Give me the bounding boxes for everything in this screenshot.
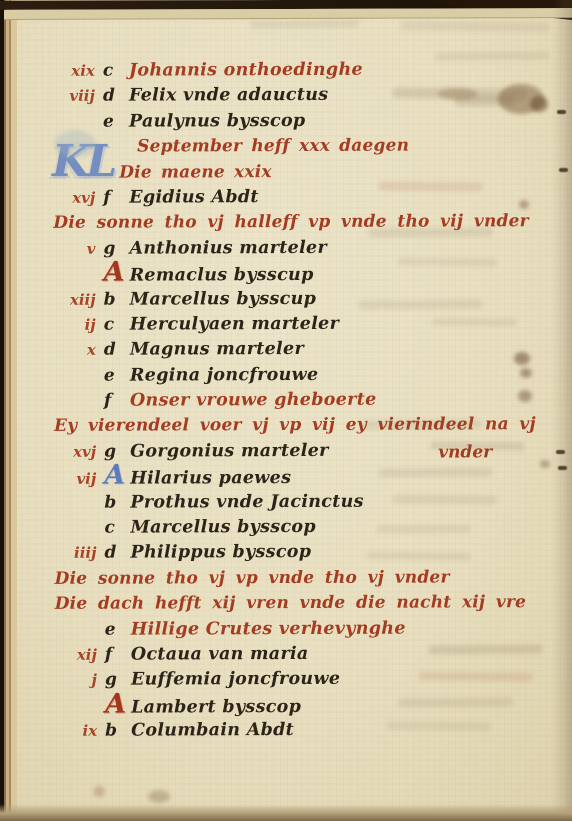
ink-stain bbox=[518, 390, 532, 402]
bleedthrough-text-ghost bbox=[400, 21, 550, 32]
dominical-letter: e bbox=[105, 619, 131, 639]
golden-number: xij bbox=[51, 646, 105, 664]
dominical-letter: e bbox=[103, 111, 129, 131]
ink-stain bbox=[54, 130, 96, 158]
golden-number: v bbox=[49, 239, 103, 257]
calendar-row: fOnser vrouwe gheboerte bbox=[50, 389, 542, 416]
bleedthrough-text-ghost bbox=[376, 525, 471, 534]
feast-name: Johannis onthoedinghe bbox=[129, 60, 363, 81]
rubric-text: Die sonne tho vj vp vnde tho vj vnder bbox=[55, 567, 450, 588]
ink-stain bbox=[148, 790, 170, 803]
dominical-letter: g bbox=[105, 670, 131, 690]
ink-stain bbox=[540, 460, 550, 468]
feast-name: Octaua van maria bbox=[131, 644, 309, 665]
golden-number: xvj bbox=[49, 189, 103, 207]
feast-name: Herculyaen marteler bbox=[130, 314, 339, 335]
sewing-thread-mark bbox=[558, 466, 567, 470]
golden-number: iiij bbox=[50, 544, 104, 562]
page-bottom-shadow bbox=[0, 804, 572, 821]
rubric-row: Die sonne tho vj vp vnde tho vj vnder bbox=[51, 567, 543, 594]
golden-number: ij bbox=[50, 316, 104, 334]
bleedthrough-text-ghost bbox=[398, 697, 513, 707]
dominical-letter: d bbox=[103, 86, 129, 106]
bleedthrough-text-ghost bbox=[368, 227, 493, 237]
feast-name: Anthonius marteler bbox=[129, 238, 327, 259]
feast-name: Euffemia joncfrouwe bbox=[131, 669, 340, 690]
dominical-letter: c bbox=[104, 518, 130, 538]
bleedthrough-text-ghost bbox=[430, 442, 525, 451]
bleedthrough-text-ghost bbox=[398, 257, 498, 266]
rubric-row: Die dach hefft xij vren vnde die nacht x… bbox=[51, 592, 543, 619]
rubric-row: September heff xxx daegen bbox=[49, 135, 541, 162]
bleedthrough-text-ghost bbox=[435, 51, 550, 60]
calendar-row: ARemaclus bysscup bbox=[50, 262, 542, 289]
feast-name: Marcellus bysscop bbox=[130, 517, 316, 538]
dominical-letter: e bbox=[104, 365, 130, 385]
rubric-text: Die dach hefft xij vren vnde die nacht x… bbox=[55, 592, 527, 614]
bleedthrough-text-ghost bbox=[378, 467, 493, 477]
bleedthrough-text-ghost bbox=[392, 494, 497, 504]
ink-stain bbox=[519, 200, 529, 209]
calendar-row: eRegina joncfrouwe bbox=[50, 364, 542, 391]
feast-name: Magnus marteler bbox=[130, 339, 304, 360]
golden-number: x bbox=[50, 341, 104, 359]
calendar-row: xdMagnus marteler bbox=[50, 338, 542, 365]
golden-number: viij bbox=[49, 87, 103, 105]
dominical-letter: A bbox=[105, 695, 131, 713]
bleedthrough-text-ghost bbox=[358, 299, 483, 309]
sewing-thread-mark bbox=[556, 450, 565, 454]
feast-name: Paulynus bysscop bbox=[129, 111, 306, 132]
golden-number: xiij bbox=[50, 290, 104, 308]
dominical-letter: g bbox=[104, 441, 130, 461]
feast-name: Remaclus bysscup bbox=[130, 265, 314, 286]
rubric-text: Die maene xxix bbox=[119, 162, 272, 183]
dominical-letter: g bbox=[103, 238, 129, 258]
feast-name: Hillige Crutes verhevynghe bbox=[131, 618, 406, 639]
leaf-edge-top bbox=[4, 8, 572, 20]
dominical-letter: b bbox=[104, 492, 130, 512]
dominical-letter: f bbox=[104, 391, 130, 411]
ink-stain bbox=[514, 352, 530, 365]
dominical-letter: d bbox=[104, 543, 130, 563]
bleedthrough-text-ghost bbox=[386, 721, 491, 730]
calendar-text-block: xixcJohannis onthoedingheviijdFelix vnde… bbox=[49, 59, 543, 746]
dominical-letter: c bbox=[104, 314, 130, 334]
feast-name: Hilarius paewes bbox=[130, 468, 291, 489]
feast-name: Prothus vnde Jacinctus bbox=[130, 491, 364, 512]
bleedthrough-text-ghost bbox=[428, 644, 543, 654]
feast-name: Philippus bysscop bbox=[130, 542, 311, 563]
bleedthrough-text-ghost bbox=[432, 318, 517, 327]
dominical-letter: c bbox=[103, 61, 129, 81]
feast-name: Onser vrouwe gheboerte bbox=[130, 390, 377, 411]
feast-name: Felix vnde adauctus bbox=[129, 85, 329, 106]
dominical-letter: A bbox=[104, 467, 130, 485]
bleedthrough-text-ghost bbox=[418, 671, 533, 681]
sewing-thread-mark bbox=[559, 168, 568, 172]
golden-number: j bbox=[51, 671, 105, 689]
golden-number: vij bbox=[50, 470, 104, 488]
calendar-row: xixcJohannis onthoedinghe bbox=[49, 59, 541, 86]
leaf-edges-left bbox=[4, 0, 17, 821]
bleedthrough-text-ghost bbox=[366, 551, 471, 560]
rubric-text: September heff xxx daegen bbox=[137, 136, 409, 157]
bleedthrough-text-ghost bbox=[362, 419, 482, 429]
bleedthrough-text-ghost bbox=[378, 181, 483, 191]
calendar-row: ePaulynus bysscop bbox=[49, 110, 541, 137]
feast-name: Gorgonius marteler bbox=[130, 441, 329, 462]
manuscript-page-photo: KL xixcJohannis onthoedingheviijdFelix v… bbox=[0, 0, 572, 821]
ink-stain bbox=[520, 368, 532, 378]
ink-stain bbox=[530, 96, 548, 112]
ink-stain bbox=[93, 786, 105, 797]
dominical-letter: d bbox=[104, 340, 130, 360]
feast-name: Regina joncfrouwe bbox=[130, 365, 319, 386]
bleedthrough-text-ghost bbox=[250, 20, 360, 29]
dominical-letter: f bbox=[103, 188, 129, 208]
calendar-row: eHillige Crutes verhevynghe bbox=[51, 618, 543, 645]
sewing-thread-mark bbox=[557, 110, 566, 114]
golden-number: xix bbox=[49, 62, 103, 80]
golden-number: ix bbox=[51, 722, 105, 740]
feast-name: Marcellus bysscup bbox=[130, 288, 317, 309]
page-fore-edge bbox=[552, 0, 572, 821]
feast-name: Lambert bysscop bbox=[131, 697, 301, 718]
feast-name: Egidius Abdt bbox=[129, 187, 259, 207]
golden-number: xvj bbox=[50, 443, 104, 461]
dominical-letter: A bbox=[104, 264, 130, 282]
feast-name: Columbain Abdt bbox=[131, 720, 294, 741]
dominical-letter: f bbox=[105, 645, 131, 665]
ink-stain bbox=[438, 88, 478, 100]
dominical-letter: b bbox=[105, 721, 131, 741]
dominical-letter: b bbox=[104, 289, 130, 309]
